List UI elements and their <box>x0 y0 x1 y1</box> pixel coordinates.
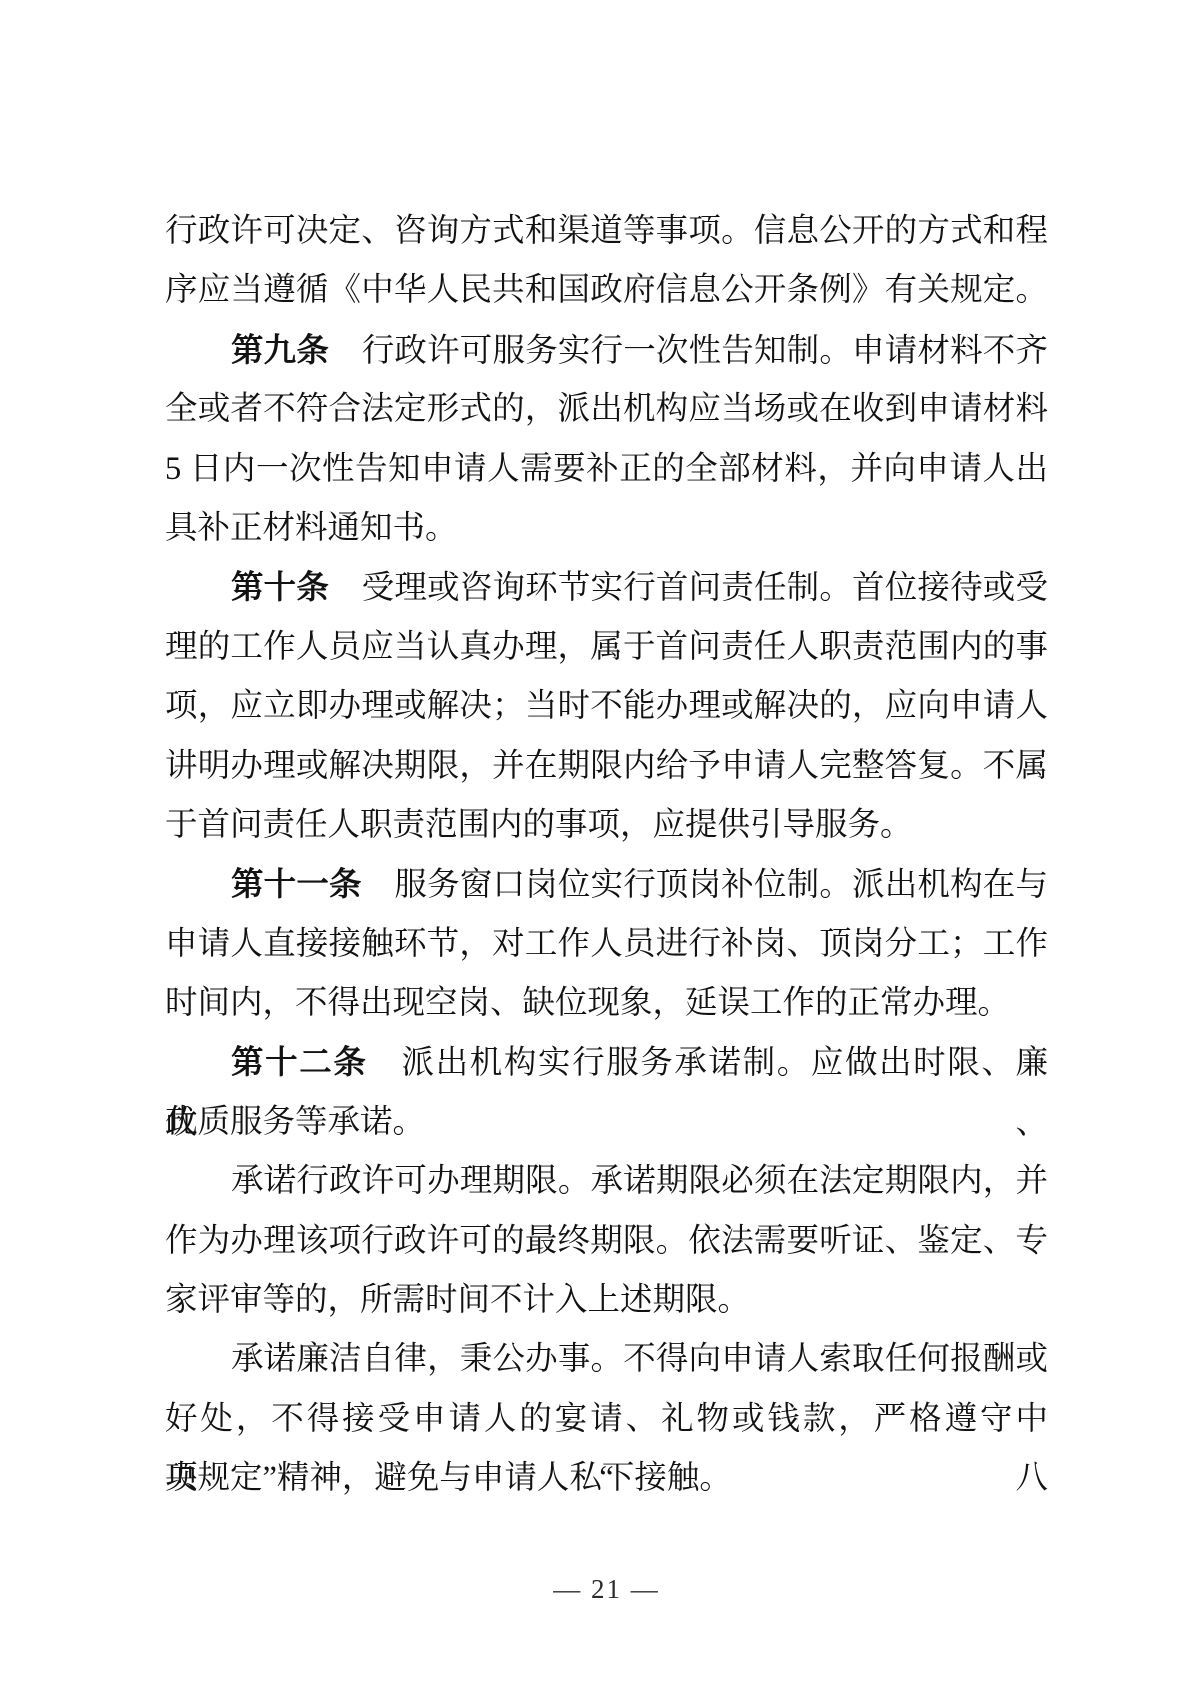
text-line: 申请人直接接触环节，对工作人员进行补岗、顶岗分工；工作 <box>165 915 1048 974</box>
text-segment: 讲明办理或解决期限，并在期限内给予申请人完整答复。不属 <box>165 748 1048 784</box>
text-line: 家评审等的，所需时间不计入上述期限。 <box>165 1271 1048 1330</box>
text-segment: 承诺廉洁自律，秉公办事。不得向申请人索取任何报酬或 <box>231 1341 1048 1377</box>
text-segment: 项规定”精神，避免与申请人私下接触。 <box>165 1460 732 1496</box>
text-segment: 家评审等的，所需时间不计入上述期限。 <box>165 1282 750 1318</box>
text-line: 讲明办理或解决期限，并在期限内给予申请人完整答复。不属 <box>165 737 1048 796</box>
text-segment: 全或者不符合法定形式的，派出机构应当场或在收到申请材料 <box>165 391 1048 427</box>
text-segment: 具补正材料通知书。 <box>165 510 458 546</box>
text-line: 时间内，不得出现空岗、缺位现象，延误工作的正常办理。 <box>165 974 1048 1033</box>
text-line: 项，应立即办理或解决；当时不能办理或解决的，应向申请人 <box>165 677 1048 736</box>
text-line: 于首问责任人职责范围内的事项，应提供引导服务。 <box>165 796 1048 855</box>
text-line: 序应当遵循《中华人民共和国政府信息公开条例》有关规定。 <box>165 261 1048 320</box>
text-line: 作为办理该项行政许可的最终期限。依法需要听证、鉴定、专 <box>165 1212 1048 1271</box>
text-segment: 理的工作人员应当认真办理，属于首问责任人职责范围内的事 <box>165 629 1048 665</box>
text-segment: 5 日内一次性告知申请人需要补正的全部材料，并向申请人出 <box>165 451 1048 487</box>
text-line: 5 日内一次性告知申请人需要补正的全部材料，并向申请人出 <box>165 440 1048 499</box>
text-line: 承诺行政许可办理期限。承诺期限必须在法定期限内，并 <box>165 1152 1048 1211</box>
text-line: 第九条 行政许可服务实行一次性告知制。申请材料不齐 <box>165 321 1048 380</box>
page-number: — 21 — <box>165 1573 1048 1605</box>
text-segment: 项，应立即办理或解决；当时不能办理或解决的，应向申请人 <box>165 688 1048 724</box>
text-segment: 承诺行政许可办理期限。承诺期限必须在法定期限内，并 <box>231 1163 1048 1199</box>
article-number: 第十条 <box>231 569 329 605</box>
text-segment: 作为办理该项行政许可的最终期限。依法需要听证、鉴定、专 <box>165 1223 1048 1259</box>
text-segment: 行政许可决定、咨询方式和渠道等事项。信息公开的方式和程 <box>165 213 1048 249</box>
document-body: 行政许可决定、咨询方式和渠道等事项。信息公开的方式和程序应当遵循《中华人民共和国… <box>165 202 1048 1509</box>
article-number: 第十二条 <box>231 1044 367 1080</box>
article-number: 第十一条 <box>231 866 362 902</box>
text-line: 第十一条 服务窗口岗位实行顶岗补位制。派出机构在与 <box>165 855 1048 914</box>
text-segment: 序应当遵循《中华人民共和国政府信息公开条例》有关规定。 <box>165 272 1048 308</box>
text-line: 第十二条 派出机构实行服务承诺制。应做出时限、廉政、 <box>165 1033 1048 1092</box>
text-line: 承诺廉洁自律，秉公办事。不得向申请人索取任何报酬或 <box>165 1330 1048 1389</box>
text-segment: 行政许可服务实行一次性告知制。申请材料不齐 <box>329 333 1048 369</box>
document-page: 行政许可决定、咨询方式和渠道等事项。信息公开的方式和程序应当遵循《中华人民共和国… <box>0 0 1200 1696</box>
text-line: 理的工作人员应当认真办理，属于首问责任人职责范围内的事 <box>165 618 1048 677</box>
text-segment: 时间内，不得出现空岗、缺位现象，延误工作的正常办理。 <box>165 985 1010 1021</box>
text-segment: 申请人直接接触环节，对工作人员进行补岗、顶岗分工；工作 <box>165 926 1048 962</box>
text-segment: 于首问责任人职责范围内的事项，应提供引导服务。 <box>165 807 913 843</box>
text-line: 好处，不得接受申请人的宴请、礼物或钱款，严格遵守中央“八 <box>165 1390 1048 1449</box>
text-segment: 优质服务等承诺。 <box>165 1104 425 1140</box>
text-line: 全或者不符合法定形式的，派出机构应当场或在收到申请材料 <box>165 380 1048 439</box>
text-line: 行政许可决定、咨询方式和渠道等事项。信息公开的方式和程 <box>165 202 1048 261</box>
text-segment: 受理或咨询环节实行首问责任制。首位接待或受 <box>329 570 1048 606</box>
text-line: 第十条 受理或咨询环节实行首问责任制。首位接待或受 <box>165 558 1048 617</box>
article-number: 第九条 <box>231 332 329 368</box>
text-line: 具补正材料通知书。 <box>165 499 1048 558</box>
text-segment: 服务窗口岗位实行顶岗补位制。派出机构在与 <box>362 867 1048 903</box>
